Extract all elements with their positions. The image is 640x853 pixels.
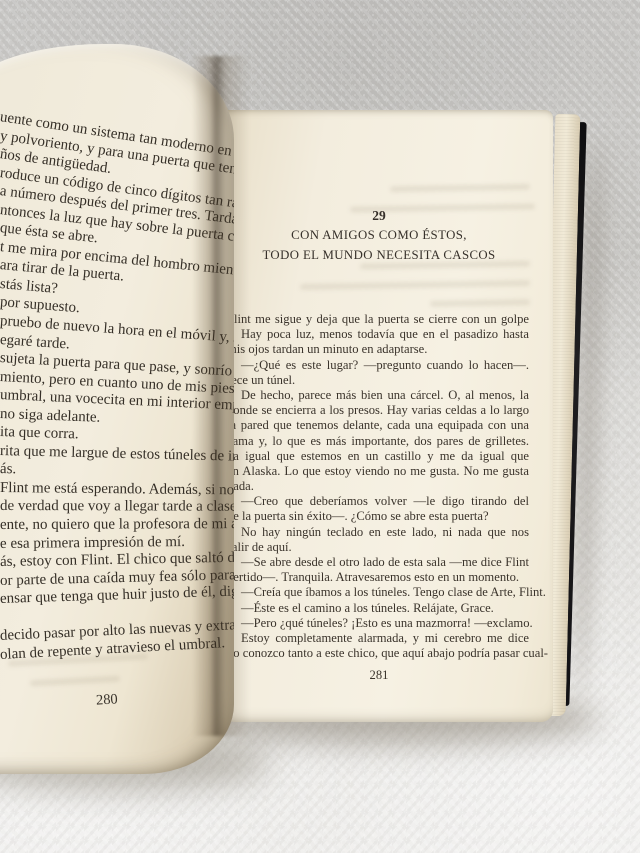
right-page-line: —Pero ¿qué túneles? ¡Esto es una mazmorr…: [227, 616, 529, 631]
photo-scene: 29 CON AMIGOS COMO ÉSTOS, TODO EL MUNDO …: [0, 0, 640, 853]
left-page-number: 280: [96, 691, 119, 709]
left-page: uente como un sistema tan moderno en est…: [0, 44, 234, 774]
right-page-line: No hay ningún teclado en este lado, ni n…: [227, 525, 529, 540]
left-page-lines: uente como un sistema tan moderno en est…: [0, 108, 228, 664]
right-page-line: de la puerta sin éxito—. ¿Cómo se abre e…: [227, 509, 529, 524]
ghost-text-line: [300, 280, 530, 290]
chapter-number: 29: [227, 206, 531, 226]
right-page-line: vertido—. Tranquila. Atravesaremos esto …: [227, 570, 529, 585]
left-page-line: de verdad que voy a llegar tarde a clase…: [0, 497, 228, 516]
right-page-line: —Creo que deberíamos volver —le digo tir…: [227, 494, 529, 509]
right-page-line: —Éste es el camino a los túneles. Relája…: [227, 601, 529, 616]
right-page-line: —¿Qué es este lugar? —pregunto cuando lo…: [227, 358, 529, 373]
chapter-title-line-2: TODO EL MUNDO NECESITA CASCOS: [227, 246, 531, 266]
right-page-line: —Se abre desde el otro lado de esta sala…: [227, 555, 529, 570]
right-page-line: mis ojos tardan un minuto en adaptarse.: [227, 342, 529, 357]
right-page-line: nada.: [227, 479, 529, 494]
right-page-line: da igual que estemos en un castillo y me…: [227, 449, 529, 464]
right-page-line: Estoy completamente alarmada, y mi cereb…: [227, 631, 529, 646]
right-page-line: salir de aquí.: [227, 540, 529, 555]
chapter-heading: 29 CON AMIGOS COMO ÉSTOS, TODO EL MUNDO …: [227, 206, 531, 265]
right-page-line: Flint me sigue y deja que la puerta se c…: [227, 312, 529, 327]
right-page-lines: Flint me sigue y deja que la puerta se c…: [227, 312, 529, 661]
left-page-line: ente, no quiero que la profesora de mi a…: [0, 515, 228, 534]
right-page-number: 281: [227, 668, 531, 683]
right-page: 29 CON AMIGOS COMO ÉSTOS, TODO EL MUNDO …: [213, 110, 553, 722]
right-page-line: donde se encierra a los presos. Hay vari…: [227, 403, 529, 418]
ghost-text-line: [390, 184, 530, 192]
right-page-line: la pared que tenemos delante, cada una e…: [227, 418, 529, 433]
right-page-line: cama y, lo que es más importante, dos pa…: [227, 434, 529, 449]
right-page-line: no conozco tanto a este chico, que aquí …: [227, 646, 529, 661]
right-page-line: rece un túnel.: [227, 373, 529, 388]
right-page-line: Hay poca luz, menos todavía que en el pa…: [227, 327, 529, 342]
right-page-line: De hecho, parece más bien una cárcel. O,…: [227, 388, 529, 403]
ghost-text-line: [430, 299, 530, 307]
ghost-text-line: [30, 676, 120, 687]
right-page-line: —Creía que íbamos a los túneles. Tengo c…: [227, 585, 529, 600]
right-page-line: en Alaska. Lo que estoy viendo no me gus…: [227, 464, 529, 479]
chapter-title-line-1: CON AMIGOS COMO ÉSTOS,: [227, 226, 531, 246]
